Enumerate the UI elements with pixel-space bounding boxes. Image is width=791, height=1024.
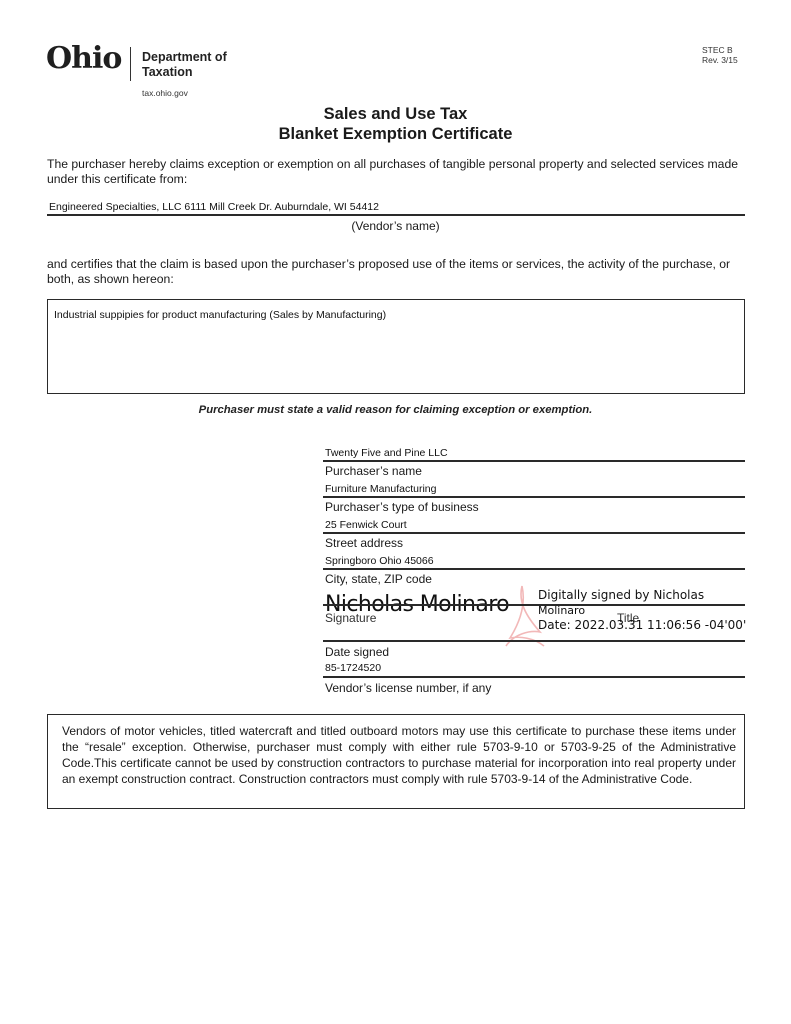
purchaser-name-underline <box>323 460 745 462</box>
digital-signature-line-1: Digitally signed by Nicholas <box>538 588 746 603</box>
street-address-label: Street address <box>325 536 403 550</box>
date-signed-label: Date signed <box>325 645 389 659</box>
vendor-name-label: (Vendor’s name) <box>0 219 791 233</box>
department-line-1: Department of <box>142 50 227 65</box>
form-identifier: STEC B Rev. 3/15 <box>702 45 738 65</box>
exemption-reason-value: Industrial suppipies for product manufac… <box>54 309 386 321</box>
intro-paragraph: The purchaser hereby claims exception or… <box>47 157 747 187</box>
vendor-name-underline <box>47 214 745 216</box>
certification-paragraph: and certifies that the claim is based up… <box>47 257 747 287</box>
street-address-underline <box>323 532 745 534</box>
page-title-line-1: Sales and Use Tax <box>0 104 791 124</box>
date-signed-underline <box>323 640 745 642</box>
reason-requirement-notice: Purchaser must state a valid reason for … <box>0 404 791 416</box>
vendor-name-field[interactable]: Engineered Specialties, LLC 6111 Mill Cr… <box>49 201 379 213</box>
page-title-line-2: Blanket Exemption Certificate <box>0 124 791 144</box>
exemption-reason-field[interactable]: Industrial suppipies for product manufac… <box>47 299 745 394</box>
digital-signature-date: Date: 2022.03.31 11:06:56 -04'00' <box>538 618 746 633</box>
digital-signature-line-2: Molinaro <box>538 603 746 618</box>
ohio-logo: Ohio <box>46 44 121 74</box>
city-state-zip-field[interactable]: Springboro Ohio 45066 <box>325 555 434 567</box>
city-state-zip-label: City, state, ZIP code <box>325 572 432 586</box>
street-address-field[interactable]: 25 Fenwick Court <box>325 519 407 531</box>
form-revision: Rev. 3/15 <box>702 55 738 65</box>
purchaser-name-field[interactable]: Twenty Five and Pine LLC <box>325 447 448 459</box>
legal-notice-text: Vendors of motor vehicles, titled waterc… <box>62 723 736 787</box>
website-link[interactable]: tax.ohio.gov <box>142 88 188 98</box>
legal-notice-box: Vendors of motor vehicles, titled waterc… <box>47 714 745 809</box>
purchaser-name-label: Purchaser’s name <box>325 464 422 478</box>
form-code: STEC B <box>702 45 738 55</box>
business-type-underline <box>323 496 745 498</box>
city-state-zip-underline <box>323 568 745 570</box>
department-line-2: Taxation <box>142 65 227 80</box>
digital-signature-details: Digitally signed by Nicholas Molinaro Da… <box>538 588 746 633</box>
vendor-license-label: Vendor’s license number, if any <box>325 681 491 695</box>
logo-divider <box>130 47 131 81</box>
vendor-license-underline <box>323 676 745 678</box>
business-type-label: Purchaser’s type of business <box>325 500 479 514</box>
business-type-field[interactable]: Furniture Manufacturing <box>325 483 436 495</box>
vendor-license-field[interactable]: 85-1724520 <box>325 662 381 674</box>
department-name: Department of Taxation <box>142 50 227 80</box>
